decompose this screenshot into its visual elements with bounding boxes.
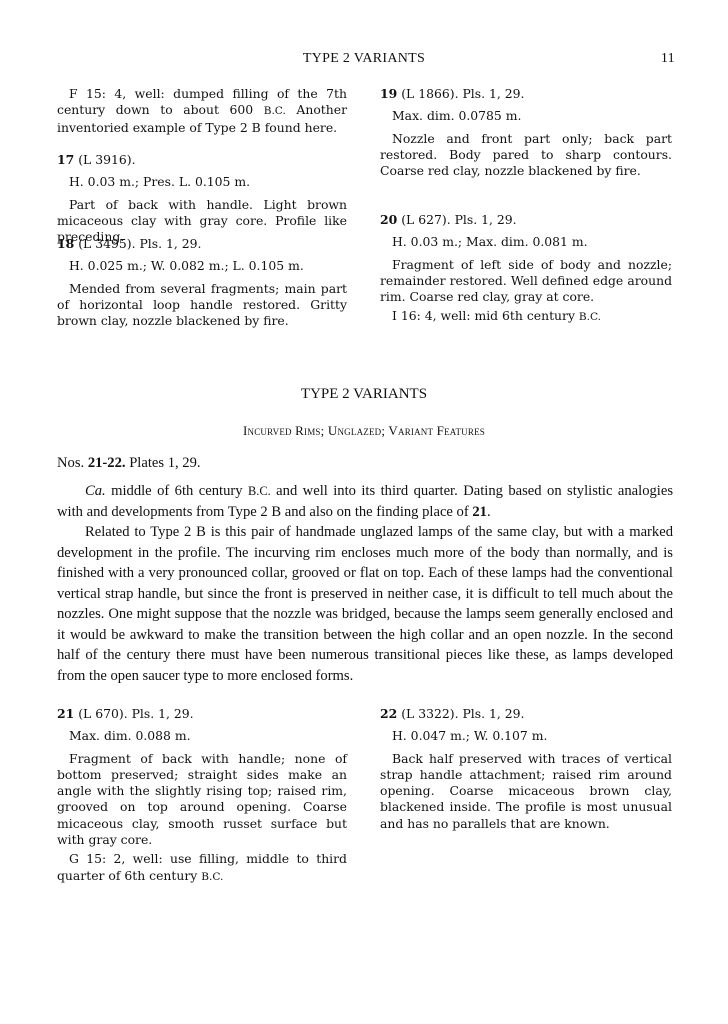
entry-dimensions: Max. dim. 0.0785 m. bbox=[380, 108, 672, 124]
group-introduction: Ca. middle of 6th century B.C. and well … bbox=[57, 481, 673, 686]
catalog-entry-20: 20 (L 627). Pls. 1, 29. H. 0.03 m.; Max.… bbox=[380, 212, 672, 326]
section-subtitle: Incurved Rims; Unglazed; Variant Feature… bbox=[0, 423, 728, 439]
entry-findspot: G 15: 2, well: use filling, middle to th… bbox=[57, 851, 347, 885]
entry-heading: 20 (L 627). Pls. 1, 29. bbox=[380, 212, 672, 228]
running-head-title: TYPE 2 VARIANTS bbox=[0, 51, 728, 67]
entry-dimensions: Max. dim. 0.088 m. bbox=[57, 728, 347, 744]
entry-heading: 18 (L 3495). Pls. 1, 29. bbox=[57, 236, 347, 252]
cross-reference: 21 bbox=[472, 504, 487, 520]
entry-inventory: (L 1866). bbox=[401, 86, 458, 101]
entry-inventory: (L 3495). bbox=[78, 236, 135, 251]
bc-abbrev: B.C. bbox=[264, 105, 286, 117]
entry-plates: Pls. 1, 29. bbox=[462, 86, 524, 101]
entry-plates: Pls. 1, 29. bbox=[462, 706, 524, 721]
bc-abbrev: B.C. bbox=[201, 871, 223, 883]
entry-inventory: (L 627). bbox=[401, 212, 450, 227]
entry-findspot: I 16: 4, well: mid 6th century B.C. bbox=[380, 308, 672, 325]
entry-dimensions: H. 0.03 m.; Max. dim. 0.081 m. bbox=[380, 234, 672, 250]
entry-inventory: (L 3916). bbox=[78, 152, 135, 167]
document-page: TYPE 2 VARIANTS 11 F 15: 4, well: dumped… bbox=[0, 0, 728, 1024]
entry-plates: Pls. 1, 29. bbox=[139, 236, 201, 251]
entry-number: 17 bbox=[57, 152, 74, 167]
entry-heading: 22 (L 3322). Pls. 1, 29. bbox=[380, 706, 672, 722]
group-plates: Plates 1, 29. bbox=[129, 455, 200, 471]
entry-heading: 21 (L 670). Pls. 1, 29. bbox=[57, 706, 347, 722]
entry-heading: 17 (L 3916). bbox=[57, 152, 347, 168]
entry-plates: Pls. 1, 29. bbox=[455, 212, 517, 227]
catalog-entry-19: 19 (L 1866). Pls. 1, 29. Max. dim. 0.078… bbox=[380, 86, 672, 179]
entry-dimensions: H. 0.025 m.; W. 0.082 m.; L. 0.105 m. bbox=[57, 258, 347, 274]
entry-number: 21 bbox=[57, 706, 74, 721]
f15-findspot-note: F 15: 4, well: dumped filling of the 7th… bbox=[57, 86, 347, 136]
entry-heading: 19 (L 1866). Pls. 1, 29. bbox=[380, 86, 672, 102]
entry-description: Fragment of back with handle; none of bo… bbox=[57, 751, 347, 849]
page-number: 11 bbox=[661, 51, 675, 67]
catalog-entry-17: 17 (L 3916). H. 0.03 m.; Pres. L. 0.105 … bbox=[57, 152, 347, 245]
discussion-paragraph: Related to Type 2 B is this pair of hand… bbox=[57, 522, 673, 686]
catalog-entry-22: 22 (L 3322). Pls. 1, 29. H. 0.047 m.; W.… bbox=[380, 706, 672, 832]
entry-description: Back half preserved with traces of verti… bbox=[380, 751, 672, 832]
entry-dimensions: H. 0.047 m.; W. 0.107 m. bbox=[380, 728, 672, 744]
entry-number: 22 bbox=[380, 706, 397, 721]
entry-description: Nozzle and front part only; back part re… bbox=[380, 131, 672, 180]
entry-number: 18 bbox=[57, 236, 74, 251]
section-title: TYPE 2 VARIANTS bbox=[0, 386, 728, 403]
entry-description: Fragment of left side of body and nozzle… bbox=[380, 257, 672, 306]
catalog-entry-18: 18 (L 3495). Pls. 1, 29. H. 0.025 m.; W.… bbox=[57, 236, 347, 329]
bc-abbrev: B.C. bbox=[579, 311, 601, 323]
entry-number: 20 bbox=[380, 212, 397, 227]
catalog-entry-21: 21 (L 670). Pls. 1, 29. Max. dim. 0.088 … bbox=[57, 706, 347, 885]
entry-plates: Pls. 1, 29. bbox=[132, 706, 194, 721]
dating-paragraph: Ca. middle of 6th century B.C. and well … bbox=[57, 481, 673, 522]
group-heading: Nos. 21-22. Plates 1, 29. bbox=[57, 455, 201, 472]
nos-range: 21-22. bbox=[88, 455, 126, 471]
entry-number: 19 bbox=[380, 86, 397, 101]
entry-dimensions: H. 0.03 m.; Pres. L. 0.105 m. bbox=[57, 174, 347, 190]
entry-inventory: (L 3322). bbox=[401, 706, 458, 721]
nos-label: Nos. bbox=[57, 455, 84, 471]
entry-description: Mended from several fragments; main part… bbox=[57, 281, 347, 330]
entry-inventory: (L 670). bbox=[78, 706, 127, 721]
bc-abbrev: B.C. bbox=[248, 484, 271, 498]
